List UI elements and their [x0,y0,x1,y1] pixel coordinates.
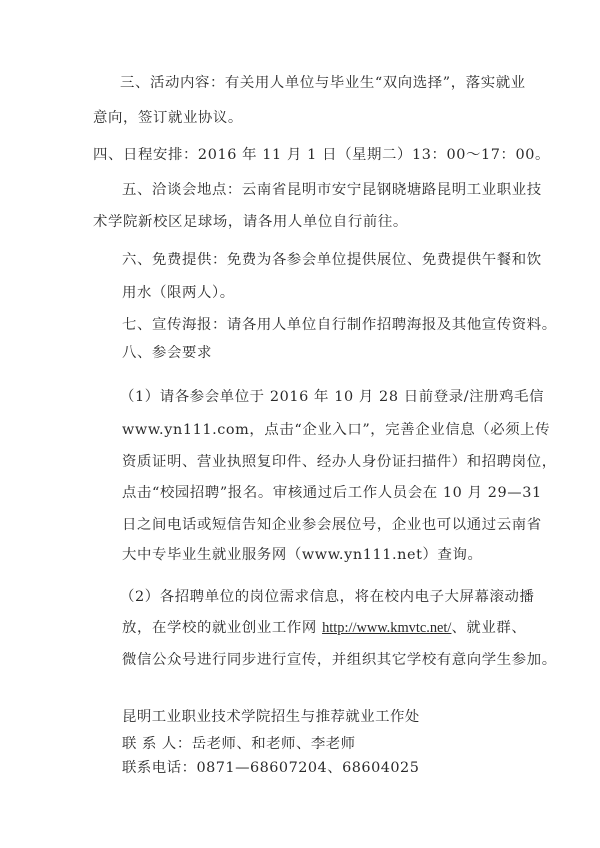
requirement-1-line-6: 大中专毕业生就业服务网（www.yn111.net）查询。 [122,546,482,564]
requirement-1-line-2: www.yn111.com，点击“企业入口”，完善企业信息（必须上传 [122,421,550,439]
requirement-2-line-2: 放，在学校的就业创业工作网 http://www.kmvtc.net/、就业群、 [122,619,526,637]
section-3-line-1: 三、活动内容：有关用人单位与毕业生“双向选择”，落实就业 [120,74,526,92]
requirement-2-line-3: 微信公众号进行同步进行宣传，并组织其它学校有意向学生参加。 [122,651,557,669]
requirement-1-line-3: 资质证明、营业执照复印件、经办人身份证扫描件）和招聘岗位， [122,453,557,471]
section-5-line-1: 五、洽谈会地点：云南省昆明市安宁昆钢晓塘路昆明工业职业技 [122,181,542,199]
section-5-line-2: 术学院新校区足球场，请各用人单位自行前往。 [93,213,408,231]
requirement-2-text-after: 、就业群、 [451,620,526,636]
requirement-1-line-4: 点击“校园招聘”报名。审核通过后工作人员会在 10 月 29—31 [122,484,542,502]
section-4-schedule: 四、日程安排：2016 年 11 月 1 日（星期二）13：00～17：00。 [93,146,550,164]
section-7-poster: 七、宣传海报：请各用人单位自行制作招聘海报及其他宣传资料。 [122,316,557,334]
document-page: 三、活动内容：有关用人单位与毕业生“双向选择”，落实就业 意向，签订就业协议。 … [0,0,600,848]
section-8-heading: 八、参会要求 [122,344,212,362]
section-6-line-1: 六、免费提供：免费为各参会单位提供展位、免费提供午餐和饮 [122,251,542,269]
signature-contact-person: 联 系 人：岳老师、和老师、李老师 [122,735,356,753]
requirement-1-line-5: 日之间电话或短信告知企业参会展位号，企业也可以通过云南省 [122,516,542,534]
signature-contact-phone: 联系电话：0871—68607204、68604025 [122,759,419,777]
requirement-1-line-1: （1）请各参会单位于 2016 年 10 月 28 日前登录/注册鸡毛信 [120,388,544,406]
signature-organization: 昆明工业职业技术学院招生与推荐就业工作处 [122,708,420,726]
requirement-2-line-1: （2）各招聘单位的岗位需求信息，将在校内电子大屏幕滚动播 [120,588,535,606]
section-3-line-2: 意向，签订就业协议。 [93,109,243,127]
kmvtc-website-link[interactable]: http://www.kmvtc.net/ [322,620,451,636]
requirement-2-text-before: 放，在学校的就业创业工作网 [122,620,322,636]
section-6-line-2: 用水（限两人）。 [122,284,235,302]
